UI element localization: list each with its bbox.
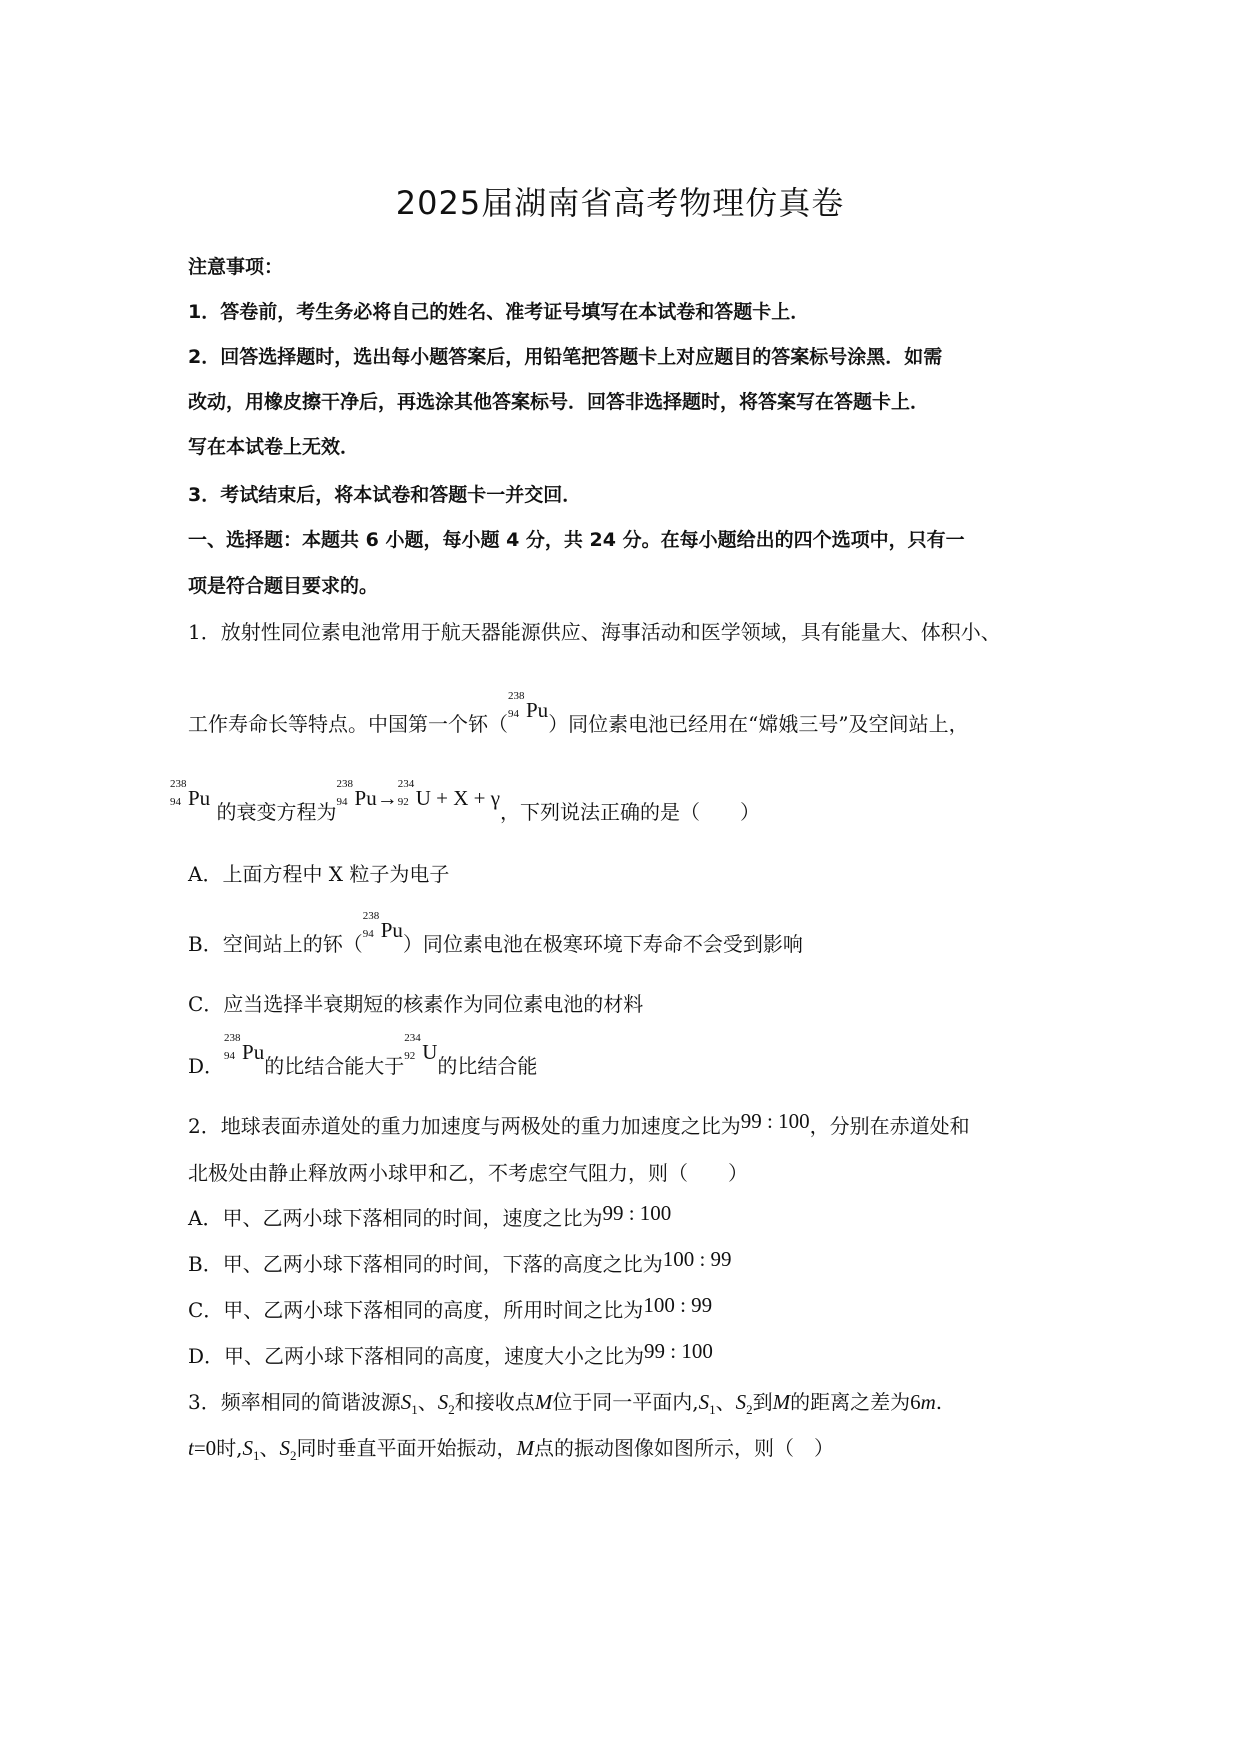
q1-stem-line3: 23894Pu 的衰变方程为23894Pu→23492U + X + γ，下列说… [188, 796, 760, 825]
q3-text: 时, [216, 1436, 242, 1460]
nuclide-u234: 23492U + X + γ [398, 800, 500, 825]
var-m: M [535, 1390, 553, 1414]
exam-page: 2025届湖南省高考物理仿真卷 注意事项： 1．答卷前，考生务必将自己的姓名、准… [0, 0, 1240, 1754]
q3-stem-line1: 3．频率相同的简谐波源S1、S2和接收点M位于同一平面内,S1、S2到M的距离之… [188, 1386, 942, 1418]
q1-option-a: A．上面方程中 X 粒子为电子 [188, 858, 449, 887]
q3-text: 同时垂直平面开始振动， [297, 1436, 517, 1460]
var-s: S [699, 1390, 710, 1414]
notice-item-2: 2．回答选择题时，选出每小题答案后，用铅笔把答题卡上对应题目的答案标号涂黑．如需 [188, 342, 942, 369]
q1-option-text: B．空间站上的钚（ [188, 932, 363, 956]
section-heading: 一、选择题：本题共 6 小题，每小题 4 分，共 24 分。在每小题给出的四个选… [188, 525, 965, 552]
q1-option-text: 的比结合能大于 [264, 1054, 404, 1078]
q3-text: 位于同一平面内, [552, 1390, 698, 1414]
nuclide-pu238: 23894Pu [363, 932, 403, 957]
ratio: 100 : 99 [643, 1293, 712, 1317]
var-m: M [517, 1436, 535, 1460]
notice-item-1: 1．答卷前，考生务必将自己的姓名、准考证号填写在本试卷和答题卡上． [188, 297, 809, 324]
unit: m [921, 1390, 936, 1414]
q1-text: ，下列说法正确的是（ ） [500, 800, 760, 824]
q3-text: 3．频率相同的简谐波源 [188, 1390, 401, 1414]
q2-option-text: C．甲、乙两小球下落相同的高度，所用时间之比为 [188, 1298, 643, 1322]
var-m: M [773, 1390, 791, 1414]
var-s: S [243, 1436, 254, 1460]
var-s: S [280, 1436, 291, 1460]
q3-text: . [936, 1390, 942, 1414]
decay-equation: 23894Pu [337, 800, 377, 825]
ratio: 99 : 100 [602, 1201, 671, 1225]
q2-option-a: A．甲、乙两小球下落相同的时间，速度之比为99 : 100 [188, 1202, 671, 1231]
nuclide-pu238: 23894Pu [224, 1054, 264, 1079]
q3-text: 的距离之差为 [790, 1390, 910, 1414]
ratio: 99 : 100 [644, 1339, 713, 1363]
q3-text: 、 [418, 1390, 438, 1414]
q1-text: ）同位素电池已经用在“嫦娥三号”及空间站上， [548, 712, 968, 736]
q2-text: 2．地球表面赤道处的重力加速度与两极处的重力加速度之比为 [188, 1114, 741, 1138]
q2-text: ，分别在赤道处和 [810, 1114, 970, 1138]
q3-stem-line2: t=0时,S1、S2同时垂直平面开始振动，M点的振动图像如图所示，则（ ） [188, 1432, 834, 1464]
ratio: 100 : 99 [663, 1247, 732, 1271]
q2-option-d: D．甲、乙两小球下落相同的高度，速度大小之比为99 : 100 [188, 1340, 713, 1369]
equals-zero: =0 [194, 1436, 216, 1460]
q3-text: 、 [260, 1436, 280, 1460]
nuclide-u234: 23492U [404, 1054, 437, 1079]
q1-option-b: B．空间站上的钚（23894Pu）同位素电池在极寒环境下寿命不会受到影响 [188, 928, 803, 957]
nuclide-pu238: 23894Pu [508, 712, 548, 737]
notice-heading: 注意事项： [188, 252, 283, 279]
nuclide-pu238: 23894Pu [170, 800, 210, 825]
q2-option-text: A．甲、乙两小球下落相同的时间，速度之比为 [188, 1206, 602, 1230]
q2-option-text: B．甲、乙两小球下落相同的时间，下落的高度之比为 [188, 1252, 663, 1276]
notice-item-2-end: 写在本试卷上无效． [188, 432, 359, 459]
section-heading-cont: 项是符合题目要求的。 [188, 571, 378, 598]
page-title: 2025届湖南省高考物理仿真卷 [0, 178, 1240, 224]
q1-option-text: ）同位素电池在极寒环境下寿命不会受到影响 [403, 932, 803, 956]
q1-text: 工作寿命长等特点。中国第一个钚（ [188, 712, 508, 736]
q2-stem-line2: 北极处由静止释放两小球甲和乙，不考虑空气阻力，则（ ） [188, 1157, 748, 1186]
var-s: S [438, 1390, 449, 1414]
q1-option-c: C．应当选择半衰期短的核素作为同位素电池的材料 [188, 988, 643, 1017]
q2-option-b: B．甲、乙两小球下落相同的时间，下落的高度之比为100 : 99 [188, 1248, 732, 1277]
ratio: 99 : 100 [741, 1109, 810, 1133]
q3-text: 、 [716, 1390, 736, 1414]
q2-option-c: C．甲、乙两小球下落相同的高度，所用时间之比为100 : 99 [188, 1294, 712, 1323]
q1-option-d: D．23894Pu的比结合能大于23492U的比结合能 [188, 1050, 537, 1079]
q1-option-text: D． [188, 1054, 224, 1078]
q1-option-text: 的比结合能 [437, 1054, 537, 1078]
notice-item-2-cont: 改动，用橡皮擦干净后，再选涂其他答案标号．回答非选择题时，将答案写在答题卡上． [188, 387, 929, 414]
notice-item-3: 3．考试结束后，将本试卷和答题卡一并交回． [188, 480, 581, 507]
q2-stem-line1: 2．地球表面赤道处的重力加速度与两极处的重力加速度之比为99 : 100，分别在… [188, 1110, 970, 1139]
q3-text: 点的振动图像如图所示，则（ ） [534, 1436, 834, 1460]
q1-stem-line1: 1．放射性同位素电池常用于航天器能源供应、海事活动和医学领域，具有能量大、体积小… [188, 616, 1001, 645]
var-s: S [736, 1390, 747, 1414]
var-s: S [401, 1390, 412, 1414]
q2-option-text: D．甲、乙两小球下落相同的高度，速度大小之比为 [188, 1344, 644, 1368]
q1-text: 的衰变方程为 [217, 800, 337, 824]
arrow-icon: → [377, 786, 398, 810]
q3-text: 和接收点 [455, 1390, 535, 1414]
distance-value: 6 [910, 1390, 921, 1414]
q3-text: 到 [753, 1390, 773, 1414]
q1-stem-line2: 工作寿命长等特点。中国第一个钚（23894Pu）同位素电池已经用在“嫦娥三号”及… [188, 708, 969, 737]
